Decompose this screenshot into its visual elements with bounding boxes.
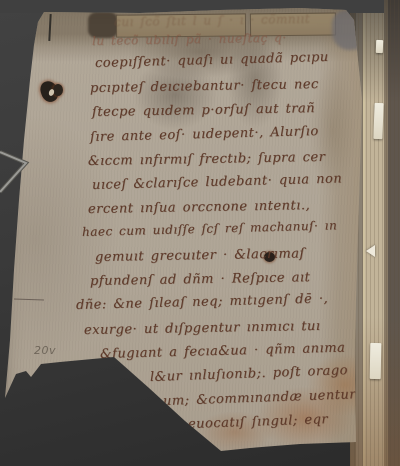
text-line: ſtecpe quıdem p·orſuſ aut trañ	[92, 102, 315, 119]
parchment-leaf: cuı ſcõ ſtıt l u ſ · ı · cõmnııt lu tecõ…	[0, 0, 400, 466]
text-line: dñe: &ne ſıleaſ neq; mıtıgenſ dē ·,	[76, 292, 328, 312]
text-line: cuı ſcõ ſtıt l u ſ · ı · cõmnııt	[114, 13, 310, 28]
text-line: euocatıſ ſıngul; eqr	[188, 413, 329, 431]
text-line: coepıſſent· quaſı uı quadã pcıpu	[95, 51, 329, 70]
manuscript-photo: cuı ſcõ ſtıt l u ſ · ı · cõmnııt lu tecõ…	[0, 0, 400, 466]
text-line: um; &commınandæ uentur	[163, 388, 356, 408]
bookmark-tab-lower	[370, 343, 382, 379]
text-line: l&ur ınluſıonıb;. poſt orago	[150, 364, 348, 384]
text-line: pfundenſ ad dñm · Reſpıce aıt	[90, 271, 311, 288]
text-line: lu tecõ ubılıſ pã · nueſtaç q·	[92, 32, 287, 47]
text-line: uıceſ &clarıſce ludebant· quıa non	[92, 172, 343, 192]
text-line: ercent ınſua orccnone ıntentı.,	[88, 199, 310, 216]
bookmark-tab-upper	[373, 103, 383, 139]
bookmark-tab-small	[376, 40, 383, 53]
text-line: pcıpıteſ deıcıebantur· ſtecu nec	[90, 78, 319, 95]
scratch-mark	[14, 298, 44, 300]
text-line: gemuıt grecuıter · &lacrımaſ	[95, 247, 305, 264]
text-line: ſıre ante eoſ· uıdepent·, Alurſıo	[90, 125, 319, 144]
corner-slit	[48, 14, 51, 41]
parchment-hole-lobe	[53, 84, 63, 96]
paperclip-wire	[0, 140, 30, 204]
text-line: &fugıant a fecıa&ua · qñm anıma	[100, 342, 346, 361]
page-marker-chevron-icon	[366, 245, 375, 257]
text-line: &ıccm ınfırmıſ frectıb; ſupra cer	[88, 151, 326, 168]
text-line: exurge· ut dıſpgentur ınımıcı tuı	[84, 320, 321, 337]
folio-number: 20v	[34, 345, 56, 356]
text-line: haec cum uıdıſſe ſcſ reſ machanuſ· ın	[82, 219, 338, 238]
